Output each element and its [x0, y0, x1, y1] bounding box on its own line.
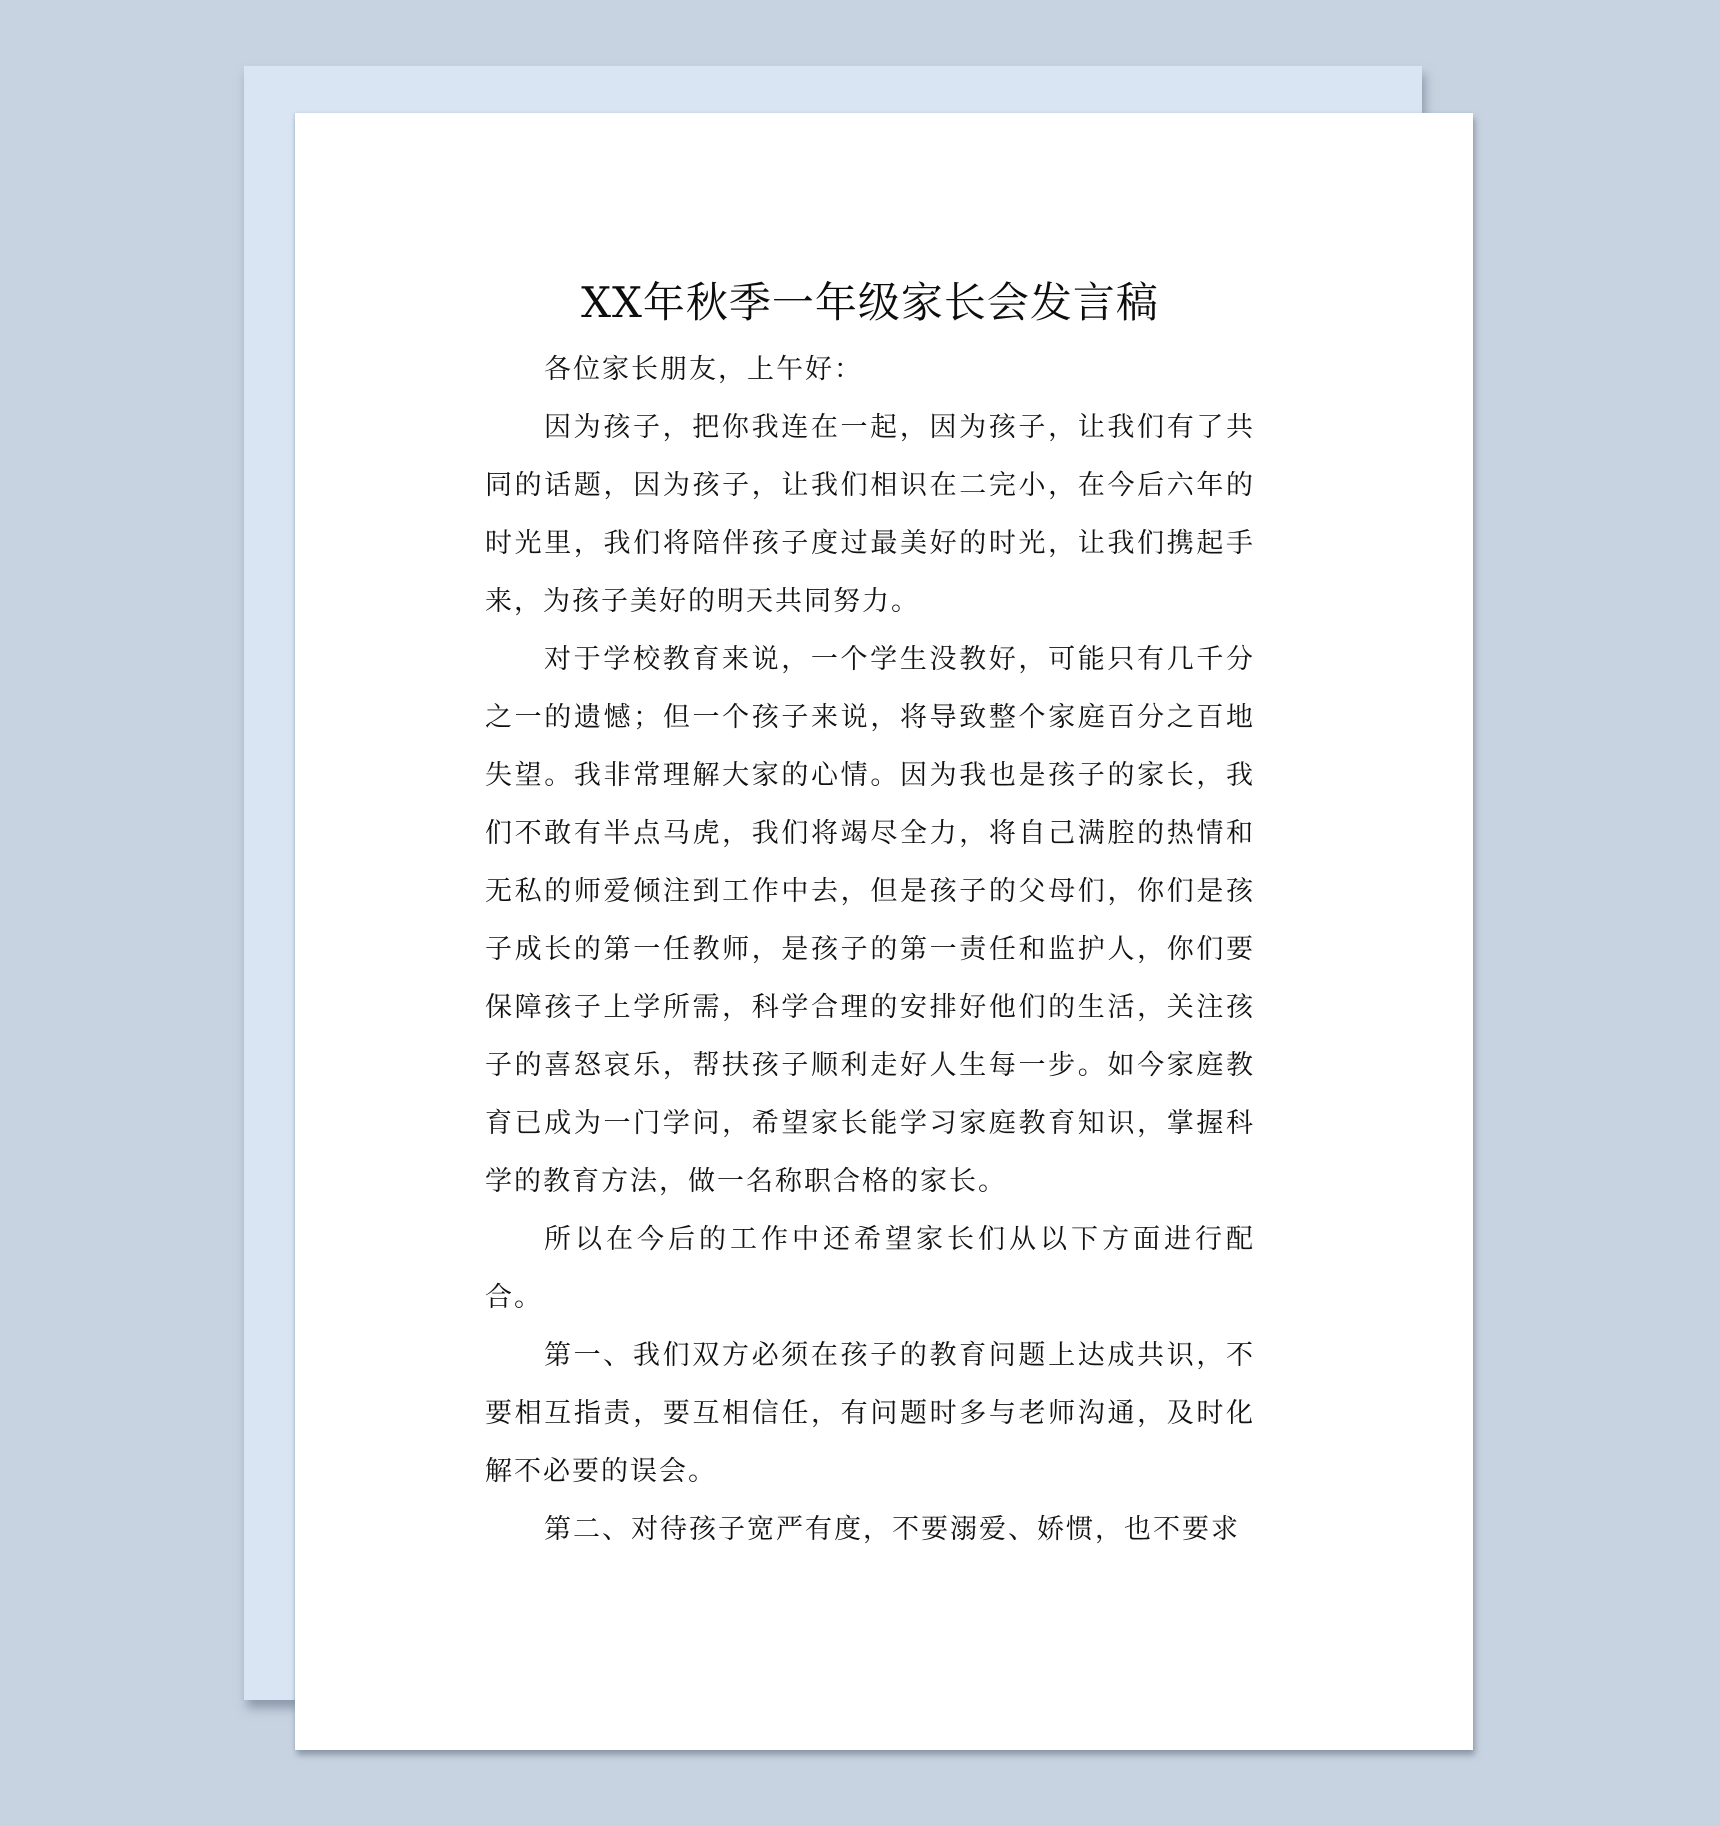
paragraph-point-one: 第一、我们双方必须在孩子的教育问题上达成共识，不要相互指责，要互相信任，有问题时…	[485, 1327, 1255, 1501]
greeting-paragraph: 各位家长朋友，上午好：	[485, 341, 1255, 399]
document-title: XX年秋季一年级家长会发言稿	[485, 275, 1255, 331]
document-page: XX年秋季一年级家长会发言稿 各位家长朋友，上午好： 因为孩子，把你我连在一起，…	[295, 113, 1473, 1750]
paragraph-point-two: 第二、对待孩子宽严有度，不要溺爱、娇惯，也不要求	[485, 1501, 1255, 1559]
paragraph-education: 对于学校教育来说，一个学生没教好，可能只有几千分之一的遗憾；但一个孩子来说，将导…	[485, 631, 1255, 1211]
paragraph-intro: 因为孩子，把你我连在一起，因为孩子，让我们有了共同的话题，因为孩子，让我们相识在…	[485, 399, 1255, 631]
document-body: XX年秋季一年级家长会发言稿 各位家长朋友，上午好： 因为孩子，把你我连在一起，…	[485, 275, 1255, 1559]
paragraph-cooperation: 所以在今后的工作中还希望家长们从以下方面进行配合。	[485, 1211, 1255, 1327]
